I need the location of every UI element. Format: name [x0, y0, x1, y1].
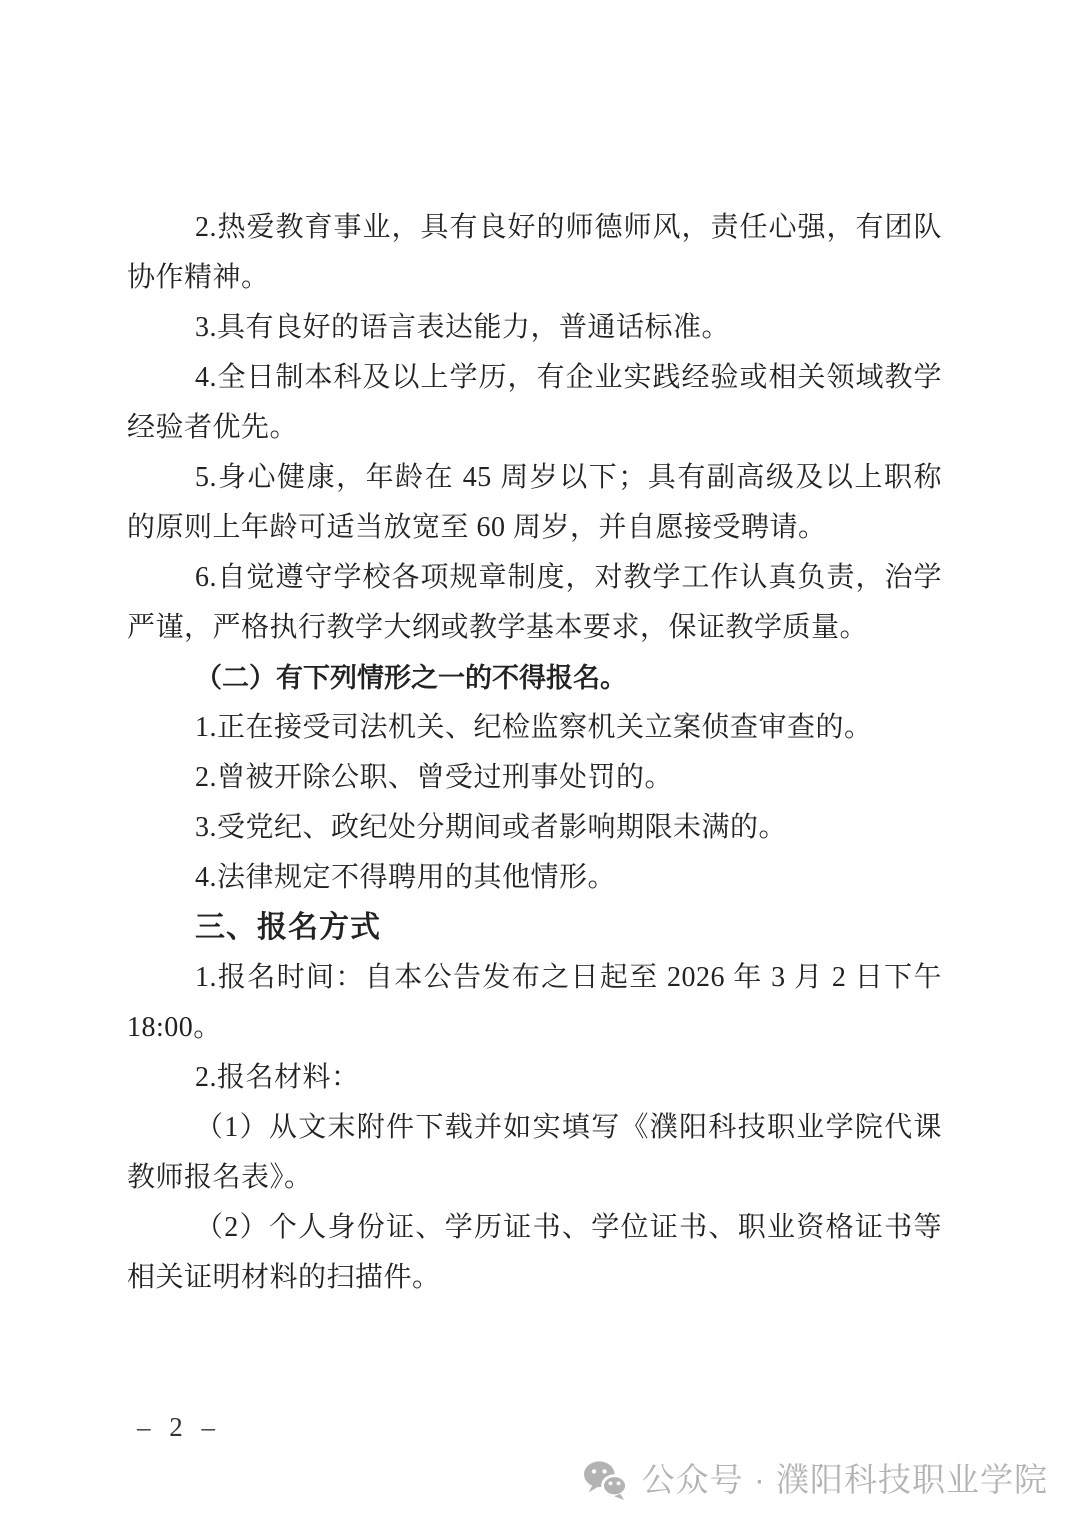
text-line: 1.报名时间：自本公告发布之日起至 2026 年 3 月 2 日下午	[127, 953, 942, 1003]
section-heading: 三、报名方式	[127, 903, 942, 953]
text-line: （1）从文末附件下载并如实填写《濮阳科技职业学院代课	[127, 1103, 942, 1153]
text-line: （2）个人身份证、学历证书、学位证书、职业资格证书等	[127, 1203, 942, 1253]
text-line: 18:00。	[127, 1003, 942, 1053]
wechat-icon	[582, 1459, 628, 1501]
text-line: 2.报名材料：	[127, 1053, 942, 1103]
text-line: 相关证明材料的扫描件。	[127, 1253, 942, 1303]
text-line: 3.受党纪、政纪处分期间或者影响期限未满的。	[127, 803, 942, 853]
text-line: 5.身心健康，年龄在 45 周岁以下；具有副高级及以上职称	[127, 453, 942, 503]
text-line: 的原则上年龄可适当放宽至 60 周岁，并自愿接受聘请。	[127, 503, 942, 553]
text-line: 1.正在接受司法机关、纪检监察机关立案侦查审查的。	[127, 703, 942, 753]
wechat-account-label: 公众号 · 濮阳科技职业学院	[642, 1458, 1048, 1502]
text-line: 协作精神。	[127, 253, 942, 303]
subsection-heading: （二）有下列情形之一的不得报名。	[127, 653, 942, 703]
page-number: – 2 –	[137, 1412, 221, 1443]
wechat-footer-badge: 公众号 · 濮阳科技职业学院	[582, 1458, 1048, 1502]
text-line: 教师报名表》。	[127, 1153, 942, 1203]
text-line: 6.自觉遵守学校各项规章制度，对教学工作认真负责，治学	[127, 553, 942, 603]
document-page: 2.热爱教育事业，具有良好的师德师风，责任心强，有团队协作精神。3.具有良好的语…	[0, 0, 1080, 1527]
text-line: 3.具有良好的语言表达能力，普通话标准。	[127, 303, 942, 353]
text-line: 4.法律规定不得聘用的其他情形。	[127, 853, 942, 903]
text-line: 2.曾被开除公职、曾受过刑事处罚的。	[127, 753, 942, 803]
text-line: 严谨，严格执行教学大纲或教学基本要求，保证教学质量。	[127, 603, 942, 653]
text-line: 经验者优先。	[127, 403, 942, 453]
text-line: 4.全日制本科及以上学历，有企业实践经验或相关领域教学	[127, 353, 942, 403]
document-body: 2.热爱教育事业，具有良好的师德师风，责任心强，有团队协作精神。3.具有良好的语…	[127, 203, 942, 1303]
text-line: 2.热爱教育事业，具有良好的师德师风，责任心强，有团队	[127, 203, 942, 253]
